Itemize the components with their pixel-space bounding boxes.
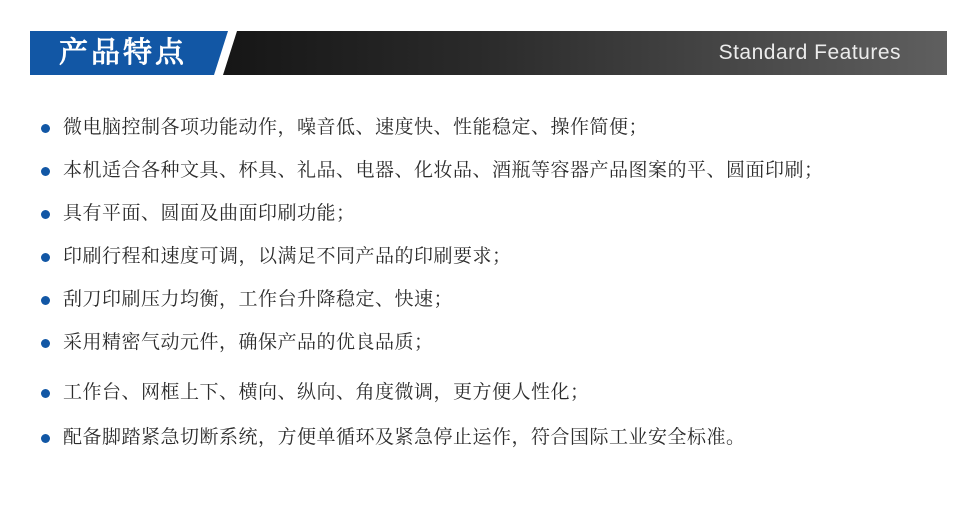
bullet-icon — [41, 253, 50, 262]
header-band: 产品特点 Standard Features — [0, 31, 969, 75]
list-item: 具有平面、圆面及曲面印刷功能； — [38, 204, 929, 224]
list-item: 本机适合各种文具、杯具、礼品、电器、化妆品、酒瓶等容器产品图案的平、圆面印刷； — [38, 161, 929, 181]
feature-text: 采用精密气动元件，确保产品的优良品质； — [63, 333, 434, 353]
bullet-icon — [41, 167, 50, 176]
bullet-icon — [41, 210, 50, 219]
bullet-icon — [41, 434, 50, 443]
feature-list: 微电脑控制各项功能动作，噪音低、速度快、性能稳定、操作简便； 本机适合各种文具、… — [0, 118, 969, 471]
feature-text: 刮刀印刷压力均衡，工作台升降稳定、快速； — [63, 290, 453, 310]
bullet-icon — [41, 296, 50, 305]
section-title-en: Standard Features — [719, 41, 901, 65]
bullet-icon — [41, 339, 50, 348]
feature-text: 印刷行程和速度可调，以满足不同产品的印刷要求； — [63, 247, 512, 267]
feature-text: 微电脑控制各项功能动作，噪音低、速度快、性能稳定、操作简便； — [63, 118, 648, 138]
list-item: 印刷行程和速度可调，以满足不同产品的印刷要求； — [38, 247, 929, 267]
page: 产品特点 Standard Features 微电脑控制各项功能动作，噪音低、速… — [0, 0, 969, 505]
feature-text: 工作台、网框上下、横向、纵向、角度微调，更方便人性化； — [63, 383, 590, 403]
section-title-bar: Standard Features — [223, 31, 947, 75]
feature-text: 配备脚踏紧急切断系统，方便单循环及紧急停止运作，符合国际工业安全标准。 — [63, 428, 746, 448]
feature-text: 具有平面、圆面及曲面印刷功能； — [63, 204, 356, 224]
section-title-badge: 产品特点 — [30, 31, 228, 75]
list-item: 微电脑控制各项功能动作，噪音低、速度快、性能稳定、操作简便； — [38, 118, 929, 138]
list-item: 采用精密气动元件，确保产品的优良品质； — [38, 333, 929, 353]
section-title-cn: 产品特点 — [59, 31, 187, 75]
list-item: 刮刀印刷压力均衡，工作台升降稳定、快速； — [38, 290, 929, 310]
bullet-icon — [41, 389, 50, 398]
list-item: 配备脚踏紧急切断系统，方便单循环及紧急停止运作，符合国际工业安全标准。 — [38, 428, 929, 448]
bullet-icon — [41, 124, 50, 133]
feature-text: 本机适合各种文具、杯具、礼品、电器、化妆品、酒瓶等容器产品图案的平、圆面印刷； — [63, 161, 824, 181]
list-item: 工作台、网框上下、横向、纵向、角度微调，更方便人性化； — [38, 383, 929, 403]
